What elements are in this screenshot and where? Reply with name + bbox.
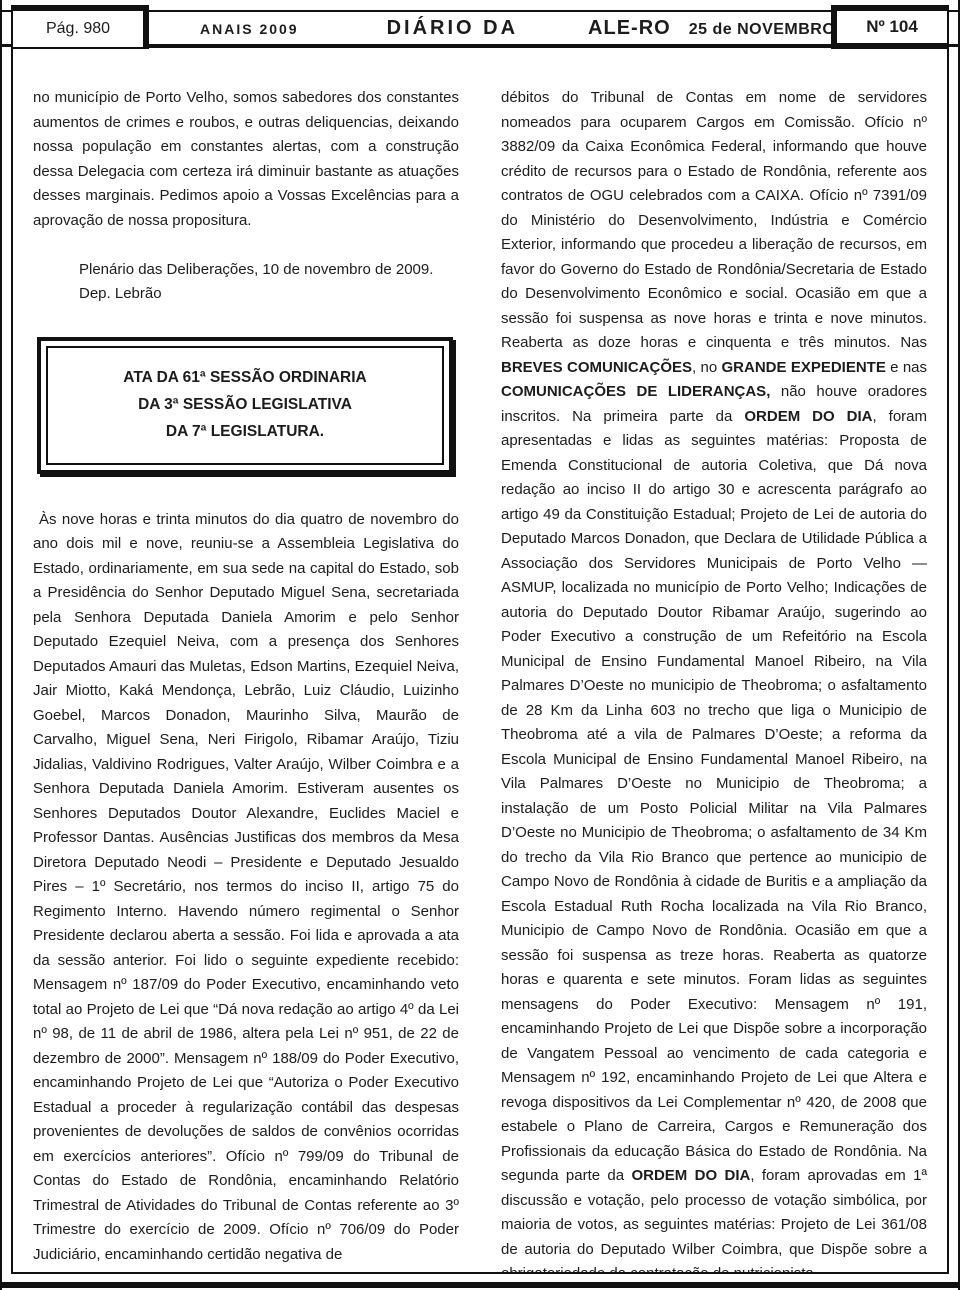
session-title-box: ATA DA 61ª SESSÃO ORDINARIA DA 3ª SESSÃO…: [37, 337, 453, 474]
right-column: débitos do Tribunal de Contas em nome de…: [501, 86, 927, 1272]
session-title-line: DA 3ª SESSÃO LEGISLATIVA: [56, 391, 434, 418]
issue-number-box: Nº 104: [831, 5, 949, 49]
deputy-signature: Dep. Lebrão: [33, 282, 459, 307]
page-number-label: Pág. 980: [46, 20, 110, 38]
header-band: Pág. 980 ANAIS 2009 DIÁRIO DA ALE-RO 25 …: [2, 10, 958, 47]
issue-number-label: Nº 104: [866, 17, 918, 37]
session-title-line: DA 7ª LEGISLATURA.: [56, 418, 434, 445]
left-column: no município de Porto Velho, somos sabed…: [33, 86, 459, 1272]
annals-label: ANAIS 2009: [200, 21, 299, 37]
page-number-box: Pág. 980: [11, 5, 149, 49]
page-bottom-rule: [2, 1282, 958, 1288]
continuation-paragraph: no município de Porto Velho, somos sabed…: [33, 86, 459, 233]
page-frame: Pág. 980 ANAIS 2009 DIÁRIO DA ALE-RO 25 …: [0, 0, 960, 1290]
journal-org: ALE-RO: [588, 17, 671, 40]
session-title-line: ATA DA 61ª SESSÃO ORDINARIA: [56, 364, 434, 391]
document-body: no município de Porto Velho, somos sabed…: [11, 46, 949, 1274]
session-title-inner: ATA DA 61ª SESSÃO ORDINARIA DA 3ª SESSÃO…: [46, 346, 444, 465]
journal-title: DIÁRIO DA: [387, 17, 518, 40]
session-opening-paragraph: Às nove horas e trinta minutos do dia qu…: [33, 508, 459, 1268]
session-minutes-paragraph: débitos do Tribunal de Contas em nome de…: [501, 86, 927, 1274]
plenary-dateline: Plenário das Deliberações, 10 de novembr…: [33, 258, 459, 283]
